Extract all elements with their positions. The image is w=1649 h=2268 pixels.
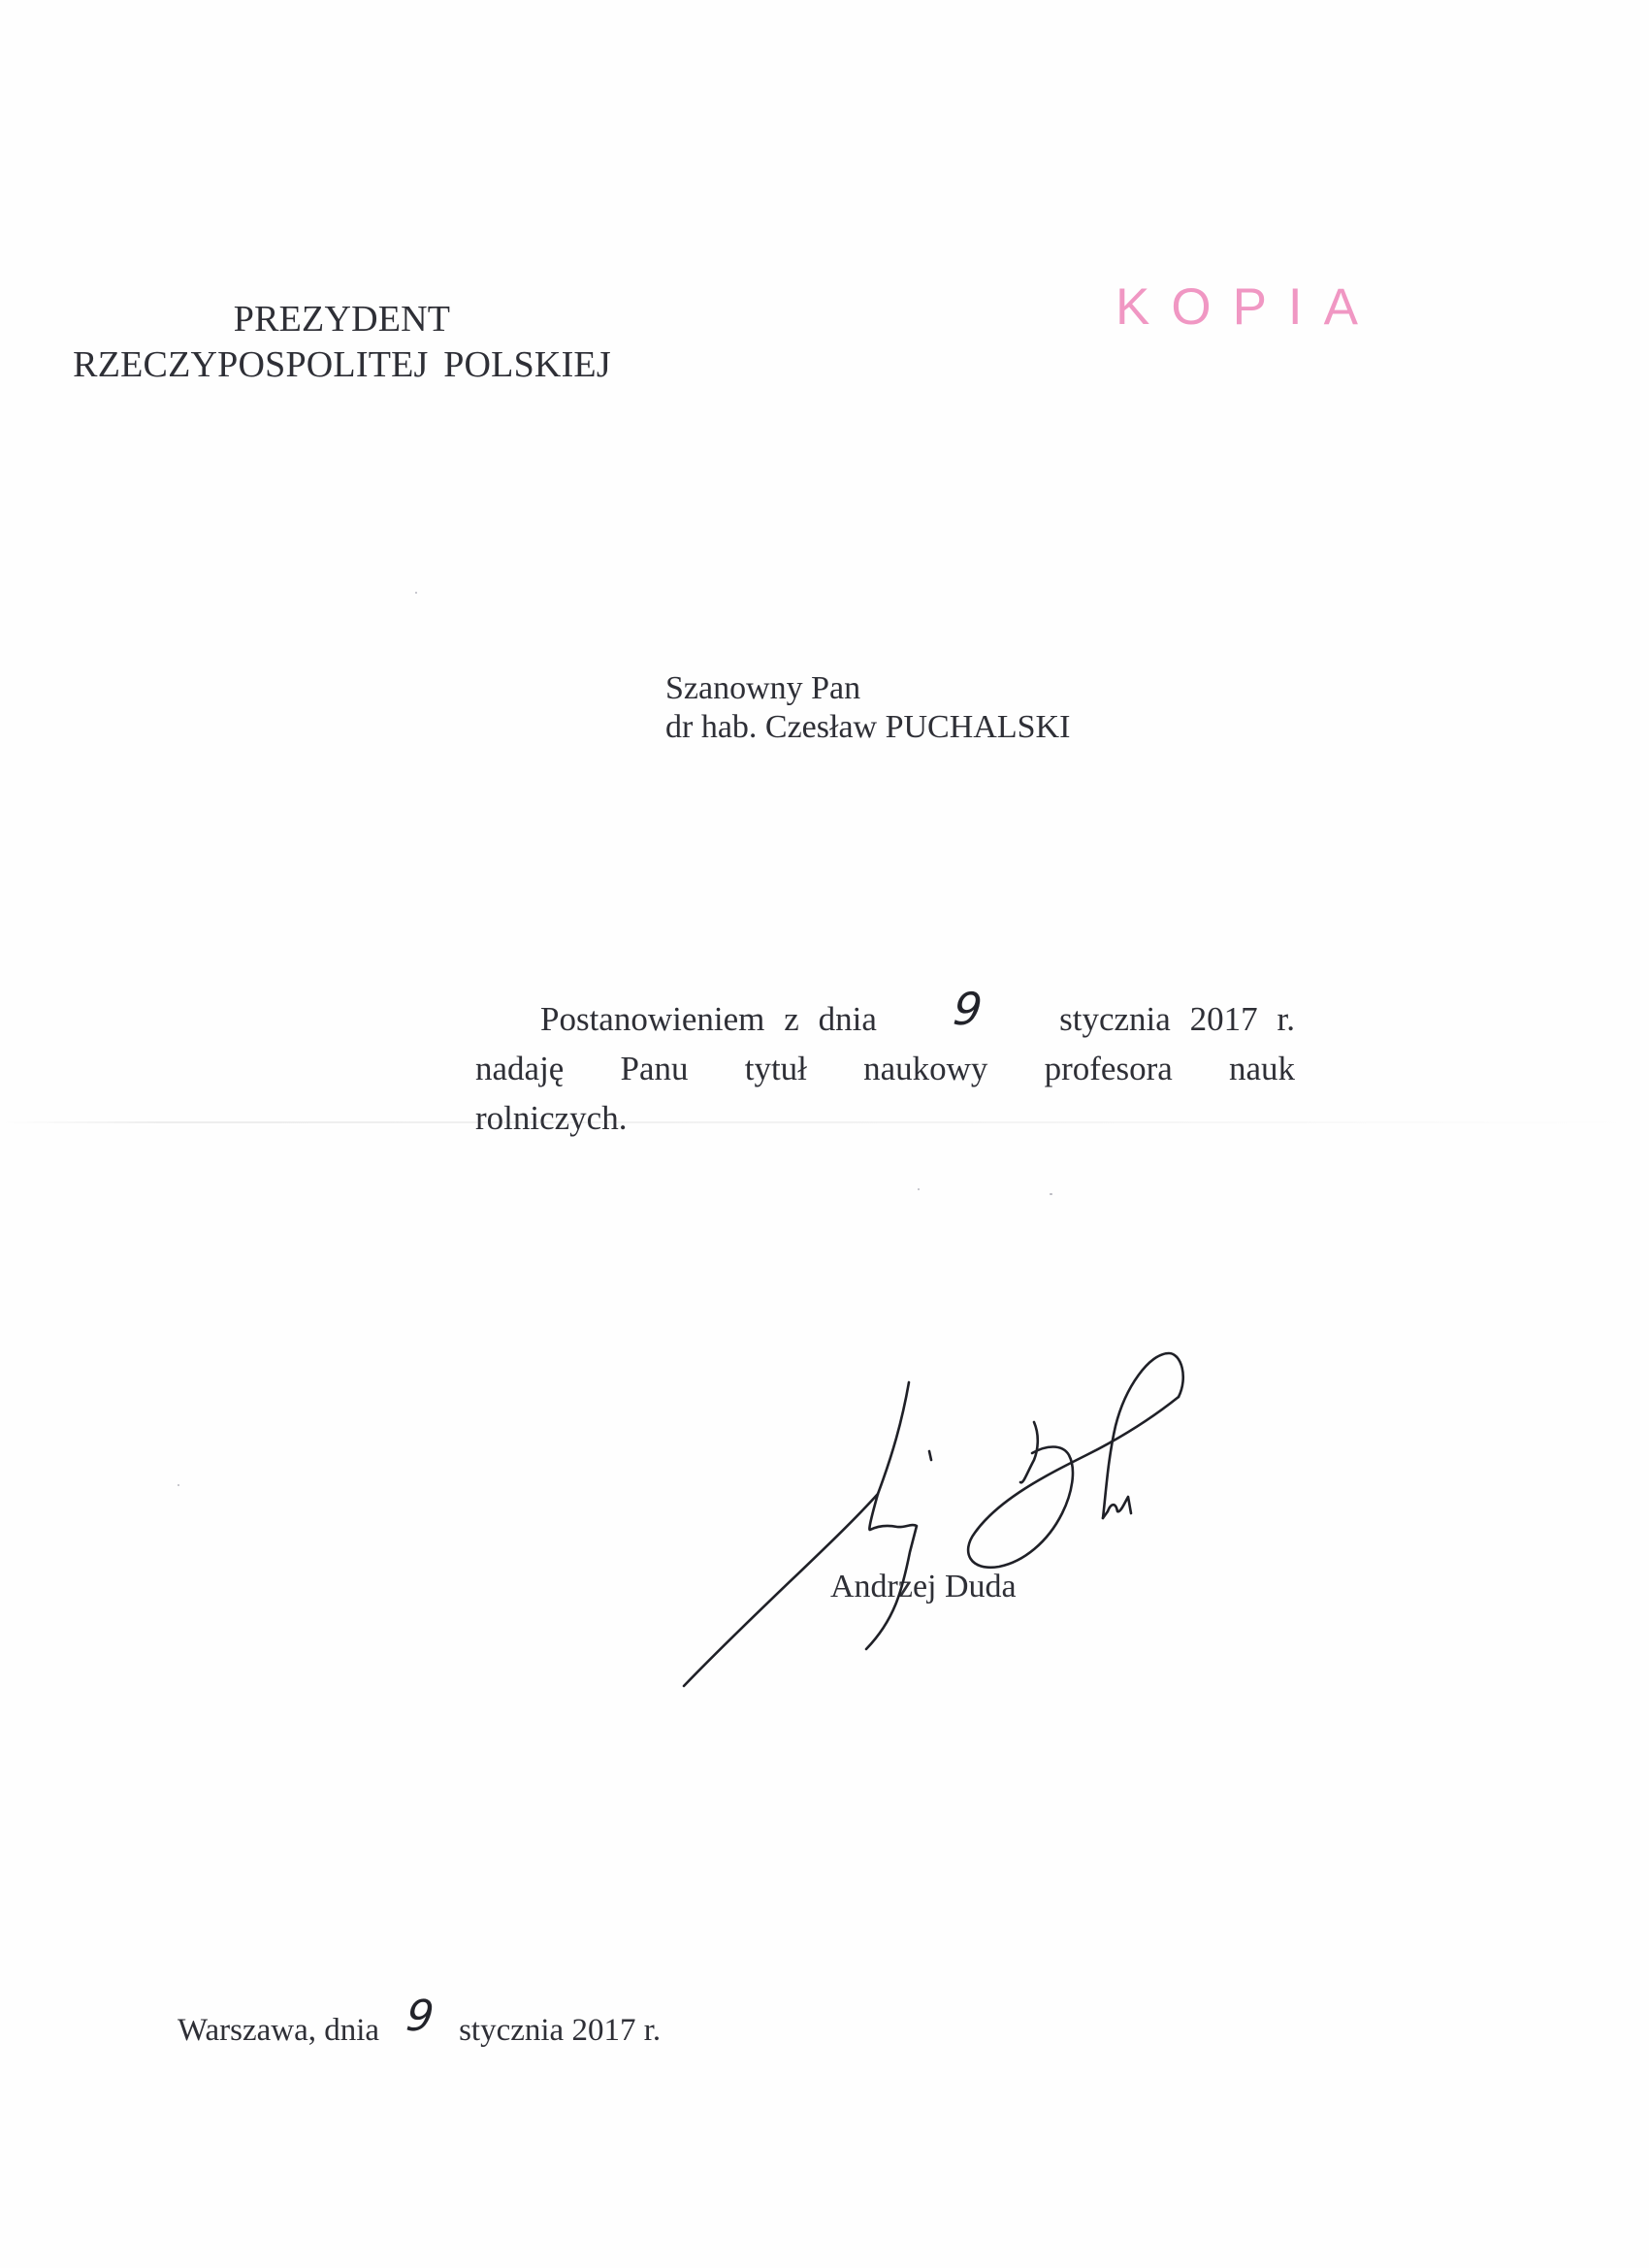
scan-speck [178,1484,179,1486]
copy-stamp: KOPIA [1115,277,1379,337]
decision-date-suffix: stycznia 2017 r. [1059,1000,1295,1038]
issuer-title-line1: PREZYDENT [0,297,684,342]
scan-speck [1050,1193,1052,1195]
salutation: Szanowny Pan [665,669,1070,708]
signer-name: Andrzej Duda [830,1569,1017,1605]
place-and-date: Warszawa, dnia9stycznia 2017 r. [178,2005,661,2049]
handwritten-day: 9 [404,1995,436,2038]
decision-paragraph: Postanowieniem z dnia 9 stycznia 2017 r.… [475,992,1295,1143]
scan-speck [918,1188,920,1190]
paragraph-line-2: nadaję Panu tytuł naukowy profesora nauk [475,1044,1295,1093]
addressee-name: dr hab. Czesław PUCHALSKI [665,708,1070,747]
paragraph-line-3: rolniczych. [475,1093,1295,1143]
paragraph-line-1: Postanowieniem z dnia 9 stycznia 2017 r. [475,992,1295,1044]
handwritten-day: 9 [952,987,985,1031]
document-page: PREZYDENT RZECZYPOSPOLITEJ POLSKIEJ KOPI… [0,0,1649,2268]
issuer-heading: PREZYDENT RZECZYPOSPOLITEJ POLSKIEJ [0,297,684,388]
addressee-block: Szanowny Pan dr hab. Czesław PUCHALSKI [665,669,1070,747]
place-date-prefix: Warszawa, dnia [178,2013,379,2048]
decision-prefix: Postanowieniem z dnia [540,1000,877,1038]
issuer-title-line2: RZECZYPOSPOLITEJ POLSKIEJ [0,342,684,388]
scan-speck [415,592,417,594]
scan-artifact-line [0,1121,1649,1123]
place-date-suffix: stycznia 2017 r. [459,2013,661,2048]
